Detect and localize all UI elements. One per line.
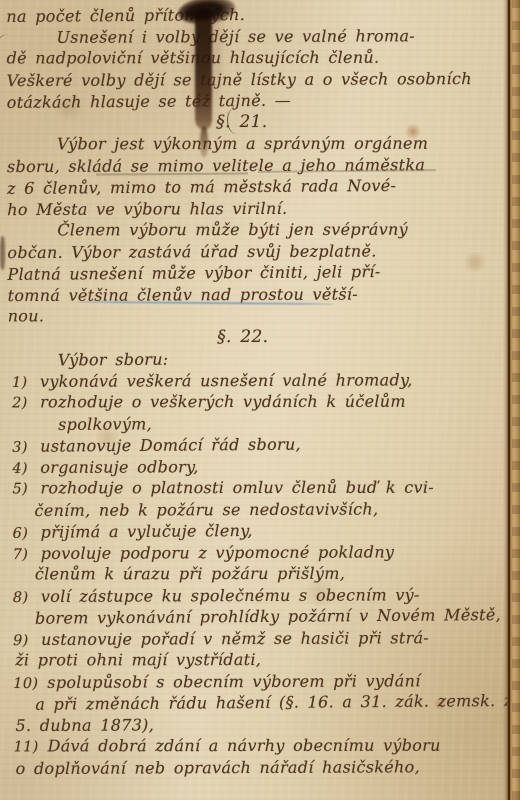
manuscript-line: ži proti ohni mají vystřídati, [1, 649, 507, 671]
line-text: ži proti ohni mají vystřídati, [15, 650, 261, 669]
manuscript-page: na počet členů přítomných.Usnešení i vol… [0, 0, 520, 800]
section-heading: §. 21. [0, 110, 505, 134]
manuscript-line: 10)spolupůsobí s obecním výborem při vyd… [1, 669, 507, 693]
line-text: spolkovým, [58, 414, 152, 433]
line-text: ho Města ve výboru hlas virilní. [7, 198, 287, 218]
manuscript-line: Výbor jest výkonným a správným orgánem [0, 133, 505, 155]
stray-pen-mark [0, 236, 5, 270]
manuscript-line: na počet členů přítomných. [0, 2, 504, 27]
line-text: volí zástupce ku společnému s obecním vý… [41, 585, 420, 606]
item-number: 5) [12, 479, 40, 501]
manuscript-line: z 6 členův, mimo to má městská rada Nové… [0, 174, 505, 199]
manuscript-line: dě nadpoloviční většinou hlasujících čle… [0, 47, 505, 69]
ink-blot [195, 8, 212, 130]
manuscript-line: 3)ustanovuje Domácí řád sboru, [0, 432, 506, 457]
manuscript-line: sboru, skládá se mimo velitele a jeho ná… [0, 153, 505, 177]
manuscript-line: spolkovým, [0, 411, 506, 435]
manuscript-line: nou. [0, 305, 506, 327]
line-text: Členem výboru může býti jen svéprávný [57, 220, 408, 240]
manuscript-line: Usnešení i volby dějí se ve valné hroma- [0, 24, 505, 48]
item-number: 6) [13, 524, 41, 546]
manuscript-line: 11)Dává dobrá zdání a návrhy obecnímu vý… [2, 735, 508, 757]
manuscript-line: Platná usnešení může výbor činiti, jeli … [0, 260, 506, 285]
line-text: povoluje podporu z výpomocné pokladny [41, 542, 395, 563]
item-number: 2) [12, 393, 40, 415]
manuscript-line: Výbor sboru: [0, 346, 506, 371]
manuscript-line: otázkách hlasuje se též tajně. — [0, 88, 505, 113]
manuscript-text: na počet členů přítomných.Usnešení i vol… [0, 0, 508, 779]
line-text: rozhoduje o platnosti omluv členů buď k … [40, 478, 434, 498]
manuscript-line: o doplňování neb opravách nářadí hasičsk… [2, 755, 508, 779]
line-text: vykonává veškerá usnešení valné hromady, [40, 370, 413, 391]
line-text: ustanovuje pořadí v němž se hasiči při s… [41, 628, 429, 649]
item-number: 3) [12, 438, 40, 460]
line-text: nou. [8, 306, 45, 325]
line-text: Usnešení i volby dějí se ve valné hroma- [56, 26, 415, 47]
manuscript-line: 7)povoluje podporu z výpomocné pokladny [1, 540, 507, 564]
line-text: Dává dobrá zdání a návrhy obecnímu výbor… [48, 736, 441, 756]
manuscript-line: borem vykonávání prohlídky požární v Nov… [1, 604, 507, 629]
line-text: čením, neb k požáru se nedostavivších, [34, 499, 378, 520]
line-text: rozhoduje o veškerých vydáních k účelům [40, 392, 406, 412]
manuscript-line: 5. dubna 1873), [1, 712, 507, 736]
manuscript-line: 4)organisuje odbory, [0, 454, 506, 478]
item-number: 10) [13, 673, 47, 695]
line-text: Výbor sboru: [58, 350, 169, 370]
line-text: z 6 členův, mimo to má městská rada Nové… [7, 176, 396, 198]
manuscript-line: a při změnách řádu hašení (§. 16. a 31. … [1, 690, 507, 715]
page-binding-edge [503, 0, 520, 800]
line-text: spolupůsobí s obecním výborem při vydání [47, 671, 420, 692]
line-text: borem vykonávání prohlídky požární v Nov… [35, 605, 501, 628]
ink-blot [200, 126, 208, 158]
item-number: 11) [14, 737, 48, 759]
manuscript-line: Veškeré volby dějí se tajně lístky a o v… [0, 67, 505, 91]
manuscript-line: Členem výboru může býti jen svéprávný [0, 219, 505, 241]
line-text: 5. dubna 1873), [15, 715, 154, 735]
line-text: přijímá a vylučuje členy, [41, 521, 253, 542]
manuscript-line: 6)přijímá a vylučuje členy, [1, 518, 507, 543]
section-heading: §. 22. [0, 325, 506, 349]
manuscript-line: občan. Výbor zastává úřad svůj bezplatně… [0, 239, 505, 263]
line-text: a při změnách řádu hašení (§. 16. a 31. … [35, 691, 520, 714]
line-text: o doplňování neb opravách nářadí hasičsk… [16, 757, 420, 778]
line-text: Výbor jest výkonným a správným orgánem [57, 134, 428, 154]
line-text: §. 22. [217, 326, 268, 346]
line-text: občan. Výbor zastává úřad svůj bezplatně… [7, 241, 376, 262]
line-text: otázkách hlasuje se též tajně. — [7, 91, 291, 112]
line-text: organisuje odbory, [40, 457, 198, 477]
line-text: ustanovuje Domácí řád sboru, [40, 435, 301, 456]
manuscript-line: 8)volí zástupce ku společnému s obecním … [1, 583, 507, 607]
manuscript-line: 1)vykonává veškerá usnešení valné hromad… [0, 368, 506, 392]
manuscript-line: členům k úrazu při požáru přišlým, [1, 563, 507, 585]
manuscript-line: 2)rozhoduje o veškerých vydáních k účelů… [0, 391, 506, 413]
manuscript-line: čením, neb k požáru se nedostavivších, [0, 497, 506, 521]
manuscript-line: 9)ustanovuje pořadí v němž se hasiči při… [1, 626, 507, 650]
manuscript-line: 5)rozhoduje o platnosti omluv členů buď … [0, 477, 506, 499]
line-text: Veškeré volby dějí se tajně lístky a o v… [7, 69, 472, 90]
line-text: členům k úrazu při požáru přišlým, [35, 564, 345, 584]
line-text: Platná usnešení může výbor činiti, jeli … [7, 262, 380, 284]
manuscript-line: ho Města ve výboru hlas virilní. [0, 196, 505, 220]
item-number: 8) [13, 587, 41, 609]
